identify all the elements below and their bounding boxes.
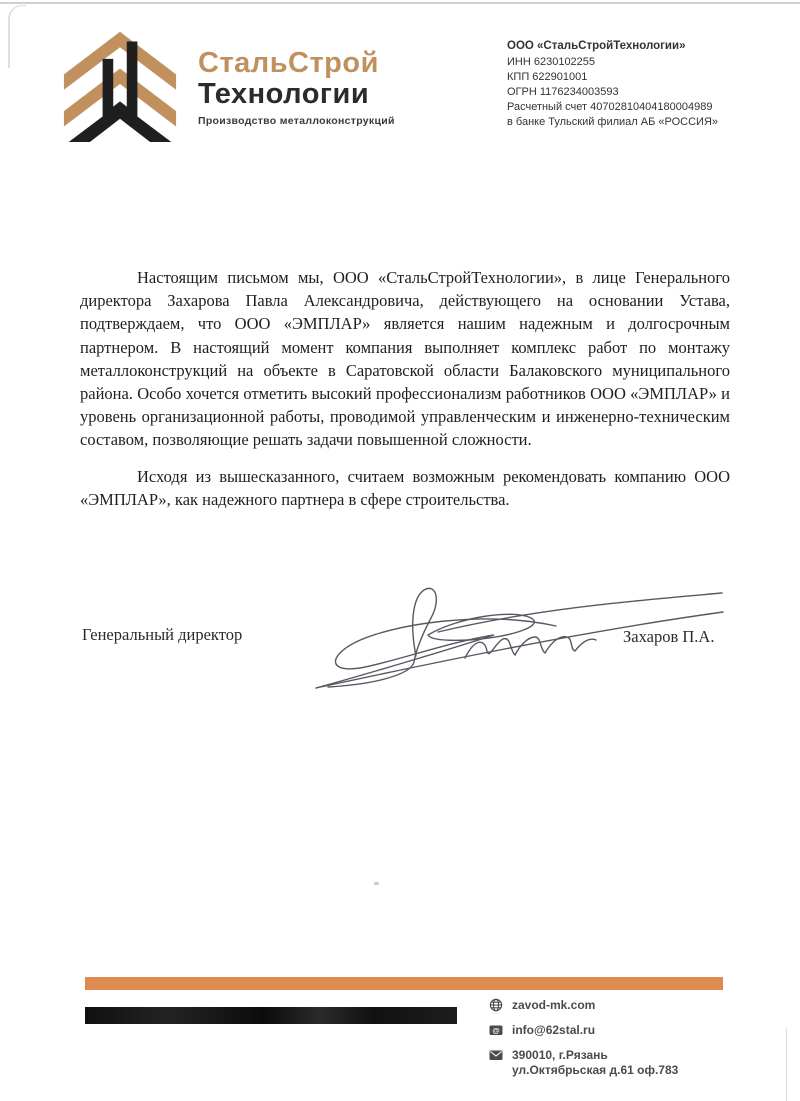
contact-address-text: 390010, г.Рязань ул.Октябрьская д.61 оф.… [512,1048,678,1078]
email-at-icon: @ [489,1023,503,1037]
footer-accent-bar [85,977,723,990]
contact-email-text: info@62stal.ru [512,1023,595,1038]
contact-address-line1: 390010, г.Рязань [512,1048,678,1063]
contact-row-email: @ info@62stal.ru [489,1023,769,1038]
signature-role-label: Генеральный директор [82,625,242,645]
contact-address-line2: ул.Октябрьская д.61 оф.783 [512,1063,678,1078]
company-kpp: КПП 622901001 [507,70,767,85]
scanned-letter-page: СтальСтрой Технологии Производство метал… [0,0,800,1101]
company-name: ООО «СтальСтройТехнологии» [507,39,767,54]
brand-title-line2: Технологии [198,79,395,110]
company-inn: ИНН 6230102255 [507,55,767,70]
footer-contacts: zavod-mk.com @ info@62stal.ru 390010, г.… [489,998,769,1088]
scan-edge-left [8,5,26,68]
letter-paragraph-2: Исходя из вышесказанного, считаем возмож… [80,465,730,511]
globe-icon [489,998,503,1012]
company-logo: СтальСтрой Технологии Производство метал… [55,26,395,142]
brand-title-line1: СтальСтрой [198,48,395,79]
contact-website-text: zavod-mk.com [512,998,595,1013]
signature-name: Захаров П.А. [623,627,714,647]
contact-row-address: 390010, г.Рязань ул.Октябрьская д.61 оф.… [489,1048,769,1078]
brand-subtitle: Производство металлоконструкций [198,115,395,127]
scan-speck [374,882,379,885]
contact-row-website: zavod-mk.com [489,998,769,1013]
company-ogrn: ОГРН 1176234003593 [507,85,767,100]
logo-mark-icon [55,26,185,142]
svg-text:@: @ [492,1026,499,1035]
redacted-black-bar [85,1007,457,1024]
company-bank: в банке Тульский филиал АБ «РОССИЯ» [507,115,767,130]
brand-text-block: СтальСтрой Технологии Производство метал… [198,26,395,142]
envelope-icon [489,1048,503,1062]
scan-edge-top [0,2,800,4]
letter-body: Настоящим письмом мы, ООО «СтальСтройТех… [80,266,730,511]
letter-paragraph-1: Настоящим письмом мы, ООО «СтальСтройТех… [80,266,730,452]
scan-edge-right [786,1028,787,1101]
company-account: Расчетный счет 40702810404180004989 [507,100,767,115]
company-details-block: ООО «СтальСтройТехнологии» ИНН 623010225… [507,39,767,130]
